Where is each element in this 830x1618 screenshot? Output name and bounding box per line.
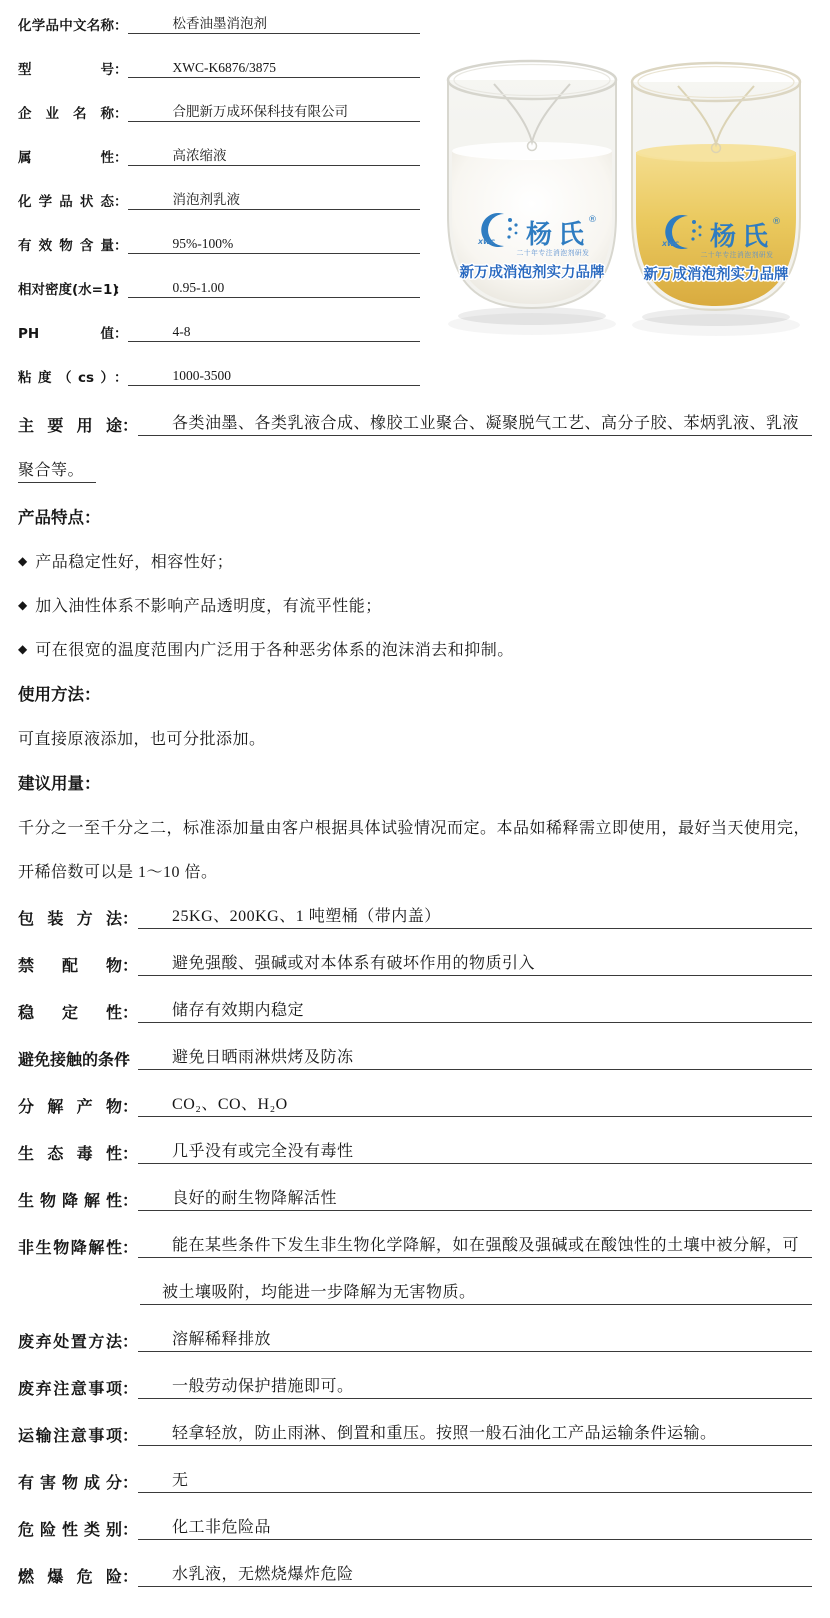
beaker-right: XWC 杨氏 ® 二十年专注消泡剂研发 新万成消泡剂实力品牌 bbox=[632, 63, 800, 336]
product-photo-area: XWC 杨氏 ® 二十年专注消泡剂研发 新万成消泡剂实力品牌 bbox=[420, 14, 812, 410]
brand-mark: XWC bbox=[477, 238, 495, 246]
field-row: 有害物成分： 无 bbox=[18, 1467, 812, 1493]
field-value: CO₂、CO、H₂O bbox=[138, 1091, 812, 1117]
label-colon: ： bbox=[122, 1188, 138, 1211]
field-label: 燃爆危险 bbox=[18, 1564, 122, 1587]
field-row: 危险性类别： 化工非危险品 bbox=[18, 1514, 812, 1540]
feature-item: ◆加入油性体系不影响产品透明度，有流平性能； bbox=[18, 593, 812, 616]
brand-tagline: 二十年专注消泡剂研发 bbox=[701, 250, 774, 259]
label-colon: ： bbox=[114, 322, 128, 342]
diamond-bullet-icon: ◆ bbox=[18, 642, 35, 656]
field-label: 主要用途 bbox=[18, 413, 122, 436]
usage-text: 可直接原液添加，也可分批添加。 bbox=[18, 726, 812, 749]
brand-mark: XWC bbox=[661, 240, 679, 248]
field-label: 废弃处置方法 bbox=[18, 1329, 122, 1352]
label-colon: ： bbox=[122, 906, 138, 929]
logo-dot bbox=[699, 234, 702, 237]
label-colon: ： bbox=[122, 1517, 138, 1540]
beaker-left: XWC 杨氏 ® 二十年专注消泡剂研发 新万成消泡剂实力品牌 bbox=[448, 61, 616, 335]
field-label: 化学品中文名称 bbox=[18, 14, 114, 34]
field-label: 包装方法 bbox=[18, 906, 122, 929]
section-title-dosage: 建议用量： bbox=[18, 770, 812, 794]
field-label: 化学品状态 bbox=[18, 190, 114, 210]
logo-dot bbox=[515, 232, 518, 235]
feature-text: 加入油性体系不影响产品透明度，有流平性能； bbox=[35, 598, 382, 615]
diamond-bullet-icon: ◆ bbox=[18, 598, 35, 612]
field-row: 有效物含量： 95%-100% bbox=[18, 234, 420, 254]
field-row: 废弃处置方法： 溶解稀释排放 bbox=[18, 1326, 812, 1352]
field-row: 型号： XWC-K6876/3875 bbox=[18, 58, 420, 78]
section-title-usage: 使用方法： bbox=[18, 681, 812, 705]
field-label: 企业名称 bbox=[18, 102, 114, 122]
label-colon: ： bbox=[122, 1000, 138, 1023]
feature-item: ◆产品稳定性好，相容性好； bbox=[18, 549, 812, 572]
label-colon: ： bbox=[122, 1423, 138, 1446]
field-row: 稳定性： 储存有效期内稳定 bbox=[18, 997, 812, 1023]
field-row: 粘度（cs）： 1000-3500 bbox=[18, 366, 420, 386]
logo-dot bbox=[692, 229, 696, 233]
feature-item: ◆可在很宽的温度范围内广泛用于各种恶劣体系的泡沫消去和抑制。 bbox=[18, 637, 812, 660]
field-label: 危险性类别 bbox=[18, 1517, 122, 1540]
label-colon: ： bbox=[122, 1094, 138, 1117]
field-label: 生态毒性 bbox=[18, 1141, 122, 1164]
label-colon: ： bbox=[114, 146, 128, 166]
field-label: 避免接触的条件 bbox=[18, 1047, 122, 1070]
label-colon: ： bbox=[122, 1047, 138, 1070]
field-value: 4-8 bbox=[128, 324, 421, 342]
brand-slogan: 新万成消泡剂实力品牌 bbox=[644, 265, 789, 283]
field-value: 无 bbox=[138, 1467, 812, 1493]
feature-text: 产品稳定性好，相容性好； bbox=[35, 554, 233, 571]
field-value: XWC-K6876/3875 bbox=[128, 60, 421, 78]
label-colon: ： bbox=[122, 413, 138, 436]
field-value: 化工非危险品 bbox=[138, 1514, 812, 1540]
logo-dot bbox=[691, 237, 694, 240]
field-label: 相对密度(水=1) bbox=[18, 278, 114, 298]
reflection bbox=[448, 313, 616, 335]
top-section: 化学品中文名称： 松香油墨消泡剂 型号： XWC-K6876/3875 企业名称… bbox=[18, 14, 812, 410]
field-value-continuation: 聚合等。 bbox=[18, 457, 812, 483]
field-label: 有效物含量 bbox=[18, 234, 114, 254]
field-value: 消泡剂乳液 bbox=[128, 188, 421, 210]
logo-dot bbox=[508, 218, 512, 222]
field-row: 企业名称： 合肥新万成环保科技有限公司 bbox=[18, 102, 420, 122]
field-label: 运输注意事项 bbox=[18, 1423, 122, 1446]
field-value: 95%-100% bbox=[128, 236, 421, 254]
reflection bbox=[632, 314, 800, 336]
field-row: 化学品状态： 消泡剂乳液 bbox=[18, 190, 420, 210]
field-row: 化学品中文名称： 松香油墨消泡剂 bbox=[18, 14, 420, 34]
field-value: 溶解稀释排放 bbox=[138, 1326, 812, 1352]
label-colon: ： bbox=[122, 1235, 138, 1258]
field-value: 轻拿轻放，防止雨淋、倒置和重压。按照一般石油化工产品运输条件运输。 bbox=[138, 1420, 812, 1446]
field-value: 25KG、200KG、1 吨塑桶（带内盖） bbox=[138, 903, 812, 929]
field-row: 运输注意事项： 轻拿轻放，防止雨淋、倒置和重压。按照一般石油化工产品运输条件运输… bbox=[18, 1420, 812, 1446]
field-label: 稳定性 bbox=[18, 1000, 122, 1023]
spec-sheet: 化学品中文名称： 松香油墨消泡剂 型号： XWC-K6876/3875 企业名称… bbox=[0, 0, 830, 1618]
label-colon: ： bbox=[114, 190, 128, 210]
registered-mark: ® bbox=[772, 217, 781, 227]
field-value: 聚合等。 bbox=[18, 457, 96, 483]
field-label: 生物降解性 bbox=[18, 1188, 122, 1211]
product-image: XWC 杨氏 ® 二十年专注消泡剂研发 新万成消泡剂实力品牌 bbox=[440, 50, 812, 342]
field-label: 粘度（cs） bbox=[18, 366, 114, 386]
field-label: 禁配物 bbox=[18, 953, 122, 976]
logo-dot bbox=[692, 220, 696, 224]
field-value: 良好的耐生物降解活性 bbox=[138, 1185, 812, 1211]
label-colon: ： bbox=[122, 1376, 138, 1399]
label-colon: ： bbox=[122, 1470, 138, 1493]
field-label: 废弃注意事项 bbox=[18, 1376, 122, 1399]
top-fields: 化学品中文名称： 松香油墨消泡剂 型号： XWC-K6876/3875 企业名称… bbox=[18, 14, 420, 410]
field-value: 能在某些条件下发生非生物化学降解，如在强酸及强碱或在酸蚀性的土壤中被分解，可 bbox=[138, 1232, 812, 1258]
dosage-line: 千分之一至千分之二，标准添加量由客户根据具体试验情况而定。本品如稀释需立即使用，… bbox=[18, 815, 812, 838]
field-row: 避免接触的条件： 避免日晒雨淋烘烤及防冻 bbox=[18, 1044, 812, 1070]
field-row: PH值： 4-8 bbox=[18, 322, 420, 342]
field-value: 避免日晒雨淋烘烤及防冻 bbox=[138, 1044, 812, 1070]
field-row: 生态毒性： 几乎没有或完全没有毒性 bbox=[18, 1138, 812, 1164]
brand-tagline: 二十年专注消泡剂研发 bbox=[517, 248, 590, 257]
field-row: 废弃注意事项： 一般劳动保护措施即可。 bbox=[18, 1373, 812, 1399]
field-value: 合肥新万成环保科技有限公司 bbox=[128, 100, 421, 122]
label-colon: ： bbox=[122, 1329, 138, 1352]
field-label: 型号 bbox=[18, 58, 114, 78]
label-colon: ： bbox=[122, 1141, 138, 1164]
feature-text: 可在很宽的温度范围内广泛用于各种恶劣体系的泡沫消去和抑制。 bbox=[35, 642, 514, 659]
field-value: 水乳液，无燃烧爆炸危险 bbox=[138, 1561, 812, 1587]
field-value: 储存有效期内稳定 bbox=[138, 997, 812, 1023]
brand-slogan: 新万成消泡剂实力品牌 bbox=[460, 263, 605, 281]
label-colon: ： bbox=[114, 278, 128, 298]
field-value: 避免强酸、强碱或对本体系有破坏作用的物质引入 bbox=[138, 950, 812, 976]
field-row-main-use: 主要用途： 各类油墨、各类乳液合成、橡胶工业聚合、凝聚脱气工艺、高分子胶、苯炳乳… bbox=[18, 410, 812, 436]
field-label: 分解产物 bbox=[18, 1094, 122, 1117]
field-row: 禁配物： 避免强酸、强碱或对本体系有破坏作用的物质引入 bbox=[18, 950, 812, 976]
field-row: 相对密度(水=1)： 0.95-1.00 bbox=[18, 278, 420, 298]
field-value: 一般劳动保护措施即可。 bbox=[138, 1373, 812, 1399]
field-value: 高浓缩液 bbox=[128, 144, 421, 166]
field-label: 非生物降解性 bbox=[18, 1235, 122, 1258]
field-row: 属性： 高浓缩液 bbox=[18, 146, 420, 166]
field-label: 有害物成分 bbox=[18, 1470, 122, 1493]
label-colon: ： bbox=[114, 234, 128, 254]
logo-dot bbox=[508, 227, 512, 231]
diamond-bullet-icon: ◆ bbox=[18, 554, 35, 568]
field-label: 属性 bbox=[18, 146, 114, 166]
field-row: 非生物降解性： 能在某些条件下发生非生物化学降解，如在强酸及强碱或在酸蚀性的土壤… bbox=[18, 1232, 812, 1258]
label-colon: ： bbox=[114, 58, 128, 78]
field-value: 几乎没有或完全没有毒性 bbox=[138, 1138, 812, 1164]
field-value: 松香油墨消泡剂 bbox=[128, 12, 421, 34]
field-row: 燃爆危险： 水乳液，无燃烧爆炸危险 bbox=[18, 1561, 812, 1587]
logo-dot bbox=[507, 235, 510, 238]
field-row: 包装方法： 25KG、200KG、1 吨塑桶（带内盖） bbox=[18, 903, 812, 929]
field-row: 生物降解性： 良好的耐生物降解活性 bbox=[18, 1185, 812, 1211]
logo-dot bbox=[698, 225, 701, 228]
field-label: PH值 bbox=[18, 322, 114, 342]
registered-mark: ® bbox=[588, 215, 597, 225]
field-value: 1000-3500 bbox=[128, 368, 421, 386]
section-title-features: 产品特点： bbox=[18, 504, 812, 528]
label-colon: ： bbox=[122, 1564, 138, 1587]
field-row: 分解产物： CO₂、CO、H₂O bbox=[18, 1091, 812, 1117]
field-value: 0.95-1.00 bbox=[128, 280, 421, 298]
label-colon: ： bbox=[114, 102, 128, 122]
brand-name: 杨氏 bbox=[526, 219, 590, 250]
field-value: 各类油墨、各类乳液合成、橡胶工业聚合、凝聚脱气工艺、高分子胶、苯炳乳液、乳液 bbox=[138, 410, 812, 436]
dosage-line: 开稀倍数可以是 1～10 倍。 bbox=[18, 859, 812, 882]
brand-name: 杨氏 bbox=[710, 221, 774, 252]
label-colon: ： bbox=[114, 366, 128, 386]
logo-dot bbox=[514, 223, 517, 226]
field-row-continuation: 被土壤吸附，均能进一步降解为无害物质。 bbox=[18, 1279, 812, 1305]
label-colon: ： bbox=[114, 14, 128, 34]
field-value: 被土壤吸附，均能进一步降解为无害物质。 bbox=[140, 1279, 812, 1305]
label-colon: ： bbox=[122, 953, 138, 976]
